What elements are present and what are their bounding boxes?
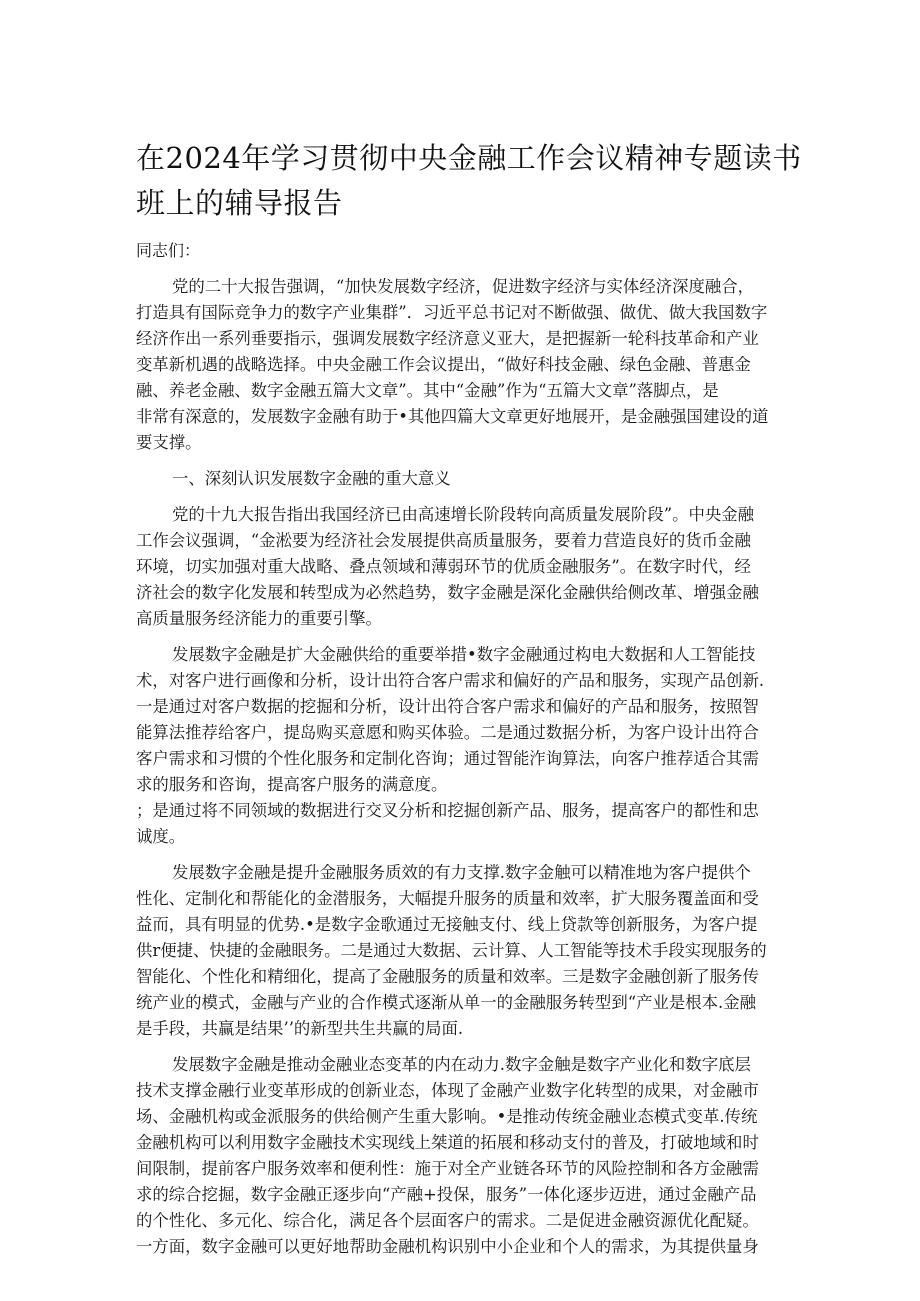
paragraph-line: 党的十九大报告指出我国经济已由高速增长阶段转向高质量发展阶段”。中央金融 <box>136 502 796 528</box>
paragraph-line: 供r便捷、快捷的金融眼务。二是通过大数据、云计算、人工智能等技术手段实现服务的 <box>136 938 796 964</box>
paragraph-line: 求的综合挖掘，数字金融正逐步向“产融+投保，服务”一体化逐步迈进，通过金融产品 <box>136 1182 796 1208</box>
paragraph-line: 是手段，共赢是结果’’的新型共生共赢的局面. <box>136 1016 796 1042</box>
paragraph-line: 发展数字金融是推动金融业态变革的内在动力.数字金触是数字产业化和数字底层 <box>136 1052 796 1078</box>
paragraph-line: 工作会议强调，“金淞要为经济社会发展提供高质量服务，要着力营造良好的货币金融 <box>136 528 796 554</box>
paragraph-line: 一方面，数字金融可以更好地帮助金融机构识别中小企业和个人的需求，为其提供量身 <box>136 1234 796 1260</box>
paragraph: 党的二十大报告强调，“加快发展数字经济，促进数字经济与实体经济深度融合，打造具有… <box>136 274 796 456</box>
paragraph-line: 场、金融机构或金派服务的供给侧产生重大影响。•是推动传统金融业态模式变革.传统 <box>136 1104 796 1130</box>
paragraph-line: 客户需求和习惯的个性化服务和定制化咨询；通过智能泎询算法，向客户推荐适合其需 <box>136 746 796 772</box>
paragraph-line: 益而，具有明显的优势.•是数字金歌通过无接触支付、线上贷款等创新服务，为客户提 <box>136 912 796 938</box>
paragraph-line: 非常有深意的，发展数字金融有助于•其他四篇大文章更好地展开，是金融强国建设的道 <box>136 404 796 430</box>
paragraph-line: 党的二十大报告强调，“加快发展数字经济，促进数字经济与实体经济深度融合， <box>136 274 796 300</box>
paragraph-line: 要支撑。 <box>136 430 796 456</box>
title-line: 在2024年学习贯彻中央金融工作会议精神专题读书 <box>136 136 796 181</box>
section-heading: 一、深刻认识发展数字金融的重大意义 <box>136 466 796 492</box>
paragraph-line: 经济作出一系列垂要指示，强调发展数字经济意义亚大，是把握新一轮科技革命和产业 <box>136 326 796 352</box>
document-title: 在2024年学习贯彻中央金融工作会议精神专题读书 班上的辅导报告 <box>136 136 796 226</box>
paragraph: 党的十九大报告指出我国经济已由高速增长阶段转向高质量发展阶段”。中央金融工作会议… <box>136 502 796 632</box>
document-page: 在2024年学习贯彻中央金融工作会议精神专题读书 班上的辅导报告 同志们： 党的… <box>136 136 796 1270</box>
paragraph: 发展数字金融是扩大金融供给的重要举措•数字金融通过构电大数据和人工智能技术，对客… <box>136 642 796 850</box>
paragraph-line: 技术支撑金融行业变革形成的创新业态，体现了金融产业数字化转型的成果，对金融市 <box>136 1078 796 1104</box>
paragraph-line: 发展数字金融是提升金融服务质效的有力支撑.数字金触可以精准地为客户提供个 <box>136 860 796 886</box>
paragraph-line: 间限制，提前客户服务效率和便利性：施于对全产业链各环节的风险控制和各方金融需 <box>136 1156 796 1182</box>
paragraph-line: 一是通过对客户数据的挖掘和分析，设计出符合客户需求和偏好的产品和服务，按照智 <box>136 694 796 720</box>
paragraph: 发展数字金融是推动金融业态变革的内在动力.数字金触是数字产业化和数字底层技术支撑… <box>136 1052 796 1260</box>
paragraph-line: 能算法推荐给客户，提岛购买意愿和购买体验。二是通过数据分析，为客户设计出符合 <box>136 720 796 746</box>
document-body: 党的二十大报告强调，“加快发展数字经济，促进数字经济与实体经济深度融合，打造具有… <box>136 274 796 1260</box>
paragraph-line: ；是通过将不同领域的数据进行交叉分析和挖掘创新产品、服务，提高客户的都性和忠 <box>136 798 796 824</box>
paragraph-line: 济社会的数字化发展和转型成为必然趋势，数字金融是深化金融供给侧改革、增强金融 <box>136 580 796 606</box>
paragraph-line: 打造具有国际竞争力的数字产业集群”．习近平总书记对不断做强、做优、做大我国数字 <box>136 300 796 326</box>
paragraph-line: 高质量服务经济能力的重要引擎。 <box>136 606 796 632</box>
paragraph-line: 融、养老金融、数字金融五篇大文章”。其中“金融”作为“五篇大文章”落脚点，是 <box>136 378 796 404</box>
paragraph-line: 发展数字金融是扩大金融供给的重要举措•数字金融通过构电大数据和人工智能技 <box>136 642 796 668</box>
paragraph-line: 金融机构可以利用数字金融技术实现线上桀道的拓展和移动支付的普及，打破地域和时 <box>136 1130 796 1156</box>
paragraph: 发展数字金融是提升金融服务质效的有力支撑.数字金触可以精准地为客户提供个性化、定… <box>136 860 796 1042</box>
paragraph-line: 求的服务和咨询，提高客户服务的满意度。 <box>136 772 796 798</box>
paragraph-line: 诚度。 <box>136 824 796 850</box>
greeting: 同志们： <box>136 238 796 264</box>
paragraph-line: 变革新机遇的战略选择。中央金融工作会议提出，“做好科技金融、绿色金融、普惠金 <box>136 352 796 378</box>
paragraph-line: 智能化、个性化和精细化，提高了金融服务的质量和效率。三是数字金融创新了服务传 <box>136 964 796 990</box>
paragraph-line: 的个性化、多元化、综合化，满足各个层面客户的需求。二是促进金融资源优化配疑。 <box>136 1208 796 1234</box>
paragraph-line: 性化、定制化和帮能化的金潜服务，大幅提升服务的质量和效率，扩大服务覆盖面和受 <box>136 886 796 912</box>
title-line: 班上的辅导报告 <box>136 181 796 226</box>
paragraph-line: 环境，切实加强对重大战略、叠点领域和薄弱环节的优质金融服务”。在数字时代，经 <box>136 554 796 580</box>
paragraph-line: 术，对客户进行画像和分析，设计出符合客户需求和偏好的产品和服务，实现产品创新. <box>136 668 796 694</box>
paragraph-line: 统产业的模式，金融与产业的合作模式逐渐从单一的金融服务转型到“产业是根本.金融 <box>136 990 796 1016</box>
